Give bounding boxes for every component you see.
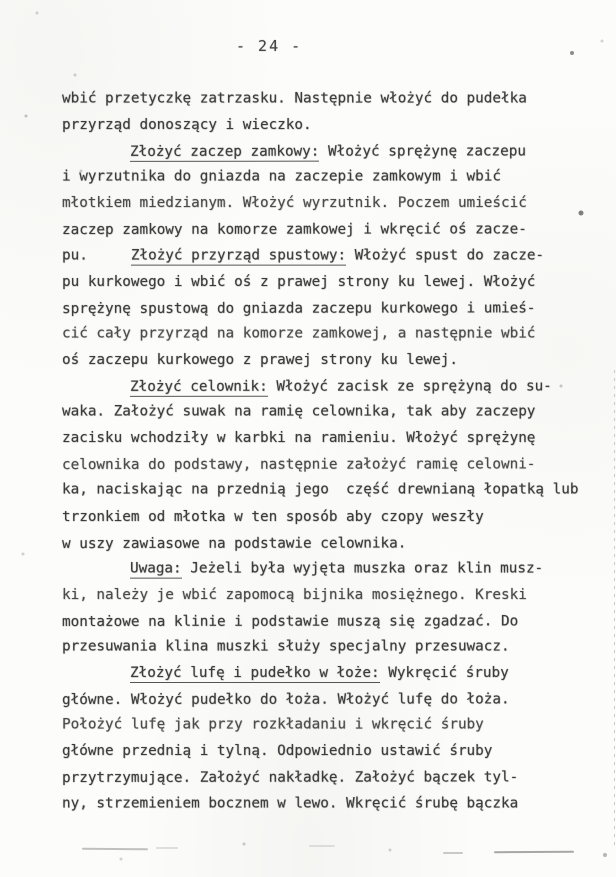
scan-artifact-smudge — [443, 852, 463, 854]
text-segment: przyrząd donoszący i wieczko. — [62, 117, 312, 133]
text-segment: wbić przetyczkę zatrzasku. Następnie wło… — [62, 91, 527, 107]
text-line: wbić przetyczkę zatrzasku. Następnie wło… — [62, 86, 602, 112]
text-line: oś zaczepu kurkowego z prawej strony ku … — [62, 347, 602, 373]
text-segment: ki, należy je wbić zapomocą bijnika mosi… — [62, 587, 527, 603]
scanned-document-page: - 24 - wbić przetyczkę zatrzasku. Następ… — [0, 0, 616, 877]
text-segment: zaczep zamkowy na komorze zamkowej i wkr… — [62, 222, 527, 239]
text-segment: przesuwania klina muszki służy specjalny… — [62, 639, 510, 655]
scan-artifact-smudge — [156, 847, 178, 849]
text-segment: sprężynę spustową do gniazda zaczepu kur… — [62, 300, 535, 317]
document-text-block: wbić przetyczkę zatrzasku. Następnie wło… — [0, 86, 616, 817]
text-line: celownika do podstawy, następnie założyć… — [62, 452, 602, 479]
text-segment: pu. — [62, 247, 131, 263]
text-line: ka, naciskając na przednią jego część dr… — [62, 477, 602, 503]
text-segment: waka. Założyć suwak na ramię celownika, … — [62, 404, 535, 420]
text-line: i wyrzutnika do gniazda na zaczepie zamk… — [62, 164, 602, 190]
scan-artifact-smudge — [309, 845, 335, 847]
text-segment: zacisku wchodziły w karbki na ramieniu. … — [62, 430, 535, 446]
text-line: przesuwania klina muszki służy specjalny… — [62, 634, 602, 660]
text-segment: i wyrzutnika do gniazda na zaczepie zamk… — [62, 169, 501, 185]
text-line: cić cały przyrząd na komorze zamkowej, a… — [62, 320, 602, 346]
scan-artifact-specks — [0, 0, 2, 2]
text-line: montażowe na klinie i podstawie muszą si… — [62, 608, 602, 635]
text-segment: pu kurkowego i wbić oś z prawej strony k… — [62, 274, 535, 290]
text-line: przytrzymujące. Założyć nakładkę. Założy… — [62, 765, 602, 792]
text-line: Położyć lufę jak przy rozkładaniu i wkrę… — [62, 712, 602, 738]
text-line: Złożyć lufę i pudełko w łoże: Wykręcić ś… — [62, 660, 602, 686]
text-segment: ka, naciskając na przednią jego część dr… — [62, 482, 578, 498]
text-segment: trzonkiem od młotka w ten sposób aby czo… — [62, 509, 484, 525]
text-line: pu kurkowego i wbić oś z prawej strony k… — [62, 269, 602, 295]
text-line: trzonkiem od młotka w ten sposób aby czo… — [62, 504, 602, 530]
text-line: główne. Włożyć pudełko do łoża. Włożyć l… — [62, 686, 602, 713]
text-line: Uwaga: Jeżeli była wyjęta muszka oraz kl… — [62, 555, 602, 581]
text-line: Złożyć celownik: Włożyć zacisk ze spręży… — [62, 373, 602, 400]
text-segment: Jeżeli była wyjęta muszka oraz klin musz… — [182, 560, 544, 576]
text-line: zaczep zamkowy na komorze zamkowej i wkr… — [62, 217, 602, 244]
section-heading: Złożyć lufę i pudełko w łoże: — [130, 665, 380, 683]
text-segment: młotkiem miedzianym. Włożyć wyrzutnik. P… — [62, 195, 527, 211]
page-number: - 24 - — [236, 37, 302, 55]
text-segment: celownika do podstawy, następnie założyć… — [62, 457, 535, 474]
text-segment: ny, strzemieniem bocznem w lewo. Wkręcić… — [62, 795, 518, 811]
text-line: sprężynę spustową do gniazda zaczepu kur… — [62, 295, 602, 322]
text-line: przyrząd donoszący i wieczko. — [62, 112, 602, 138]
text-segment: montażowe na klinie i podstawie muszą si… — [62, 613, 518, 630]
text-segment: Włożyć spust do zacze- — [346, 247, 544, 263]
text-line: Złożyć zaczep zamkowy: Włożyć sprężynę z… — [62, 138, 602, 165]
text-segment: przytrzymujące. Założyć nakładkę. Założy… — [62, 770, 518, 787]
text-segment: Włożyć zacisk ze sprężyną do su- — [268, 378, 552, 394]
text-line: pu. Złożyć przyrząd spustowy: Włożyć spu… — [62, 242, 602, 268]
text-line: ki, należy je wbić zapomocą bijnika mosi… — [62, 582, 602, 608]
text-segment: Włożyć sprężynę zaczepu — [319, 144, 526, 160]
text-line: waka. Założyć suwak na ramię celownika, … — [62, 399, 602, 425]
text-segment: główne przednią i tylną. Odpowiednio ust… — [62, 743, 492, 759]
scan-artifact-edge-line — [614, 370, 616, 850]
text-line: w uszy zawiasowe na podstawie celownika. — [62, 530, 602, 557]
text-line: zacisku wchodziły w karbki na ramieniu. … — [62, 425, 602, 451]
text-segment: cić cały przyrząd na komorze zamkowej, a… — [62, 325, 535, 341]
section-heading: Złożyć celownik: — [130, 379, 268, 397]
section-heading: Uwaga: — [130, 560, 182, 578]
text-segment: główne. Włożyć pudełko do łoża. Włożyć l… — [62, 692, 510, 709]
text-segment: Położyć lufę jak przy rozkładaniu i wkrę… — [62, 717, 484, 733]
section-heading: Złożyć zaczep zamkowy: — [130, 144, 319, 162]
text-segment: w uszy zawiasowe na podstawie celownika. — [62, 535, 406, 551]
text-line: główne przednią i tylną. Odpowiednio ust… — [62, 738, 602, 764]
text-line: młotkiem miedzianym. Włożyć wyrzutnik. P… — [62, 190, 602, 216]
text-segment: oś zaczepu kurkowego z prawej strony ku … — [62, 352, 458, 368]
section-heading: Złożyć przyrząd spustowy: — [131, 247, 346, 265]
scan-artifact-smudge — [494, 851, 574, 853]
text-line: ny, strzemieniem bocznem w lewo. Wkręcić… — [62, 790, 602, 816]
scan-artifact-smudge — [82, 848, 148, 850]
text-segment: Wykręcić śruby — [380, 665, 509, 681]
